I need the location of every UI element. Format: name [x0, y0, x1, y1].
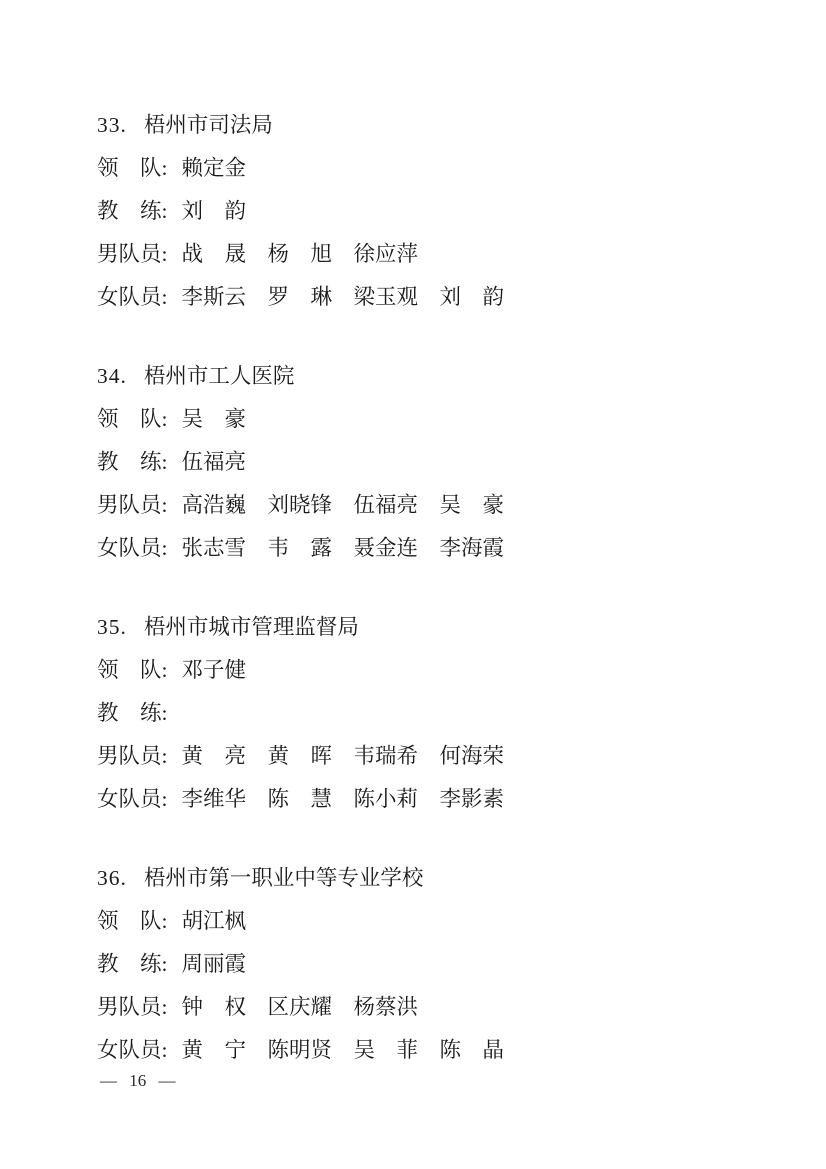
document-page: 33.梧州市司法局 领 队:赖定金 教 练:刘 韵 男队员:战 晟 杨 旭 徐应… [0, 0, 826, 1169]
coach-row: 教 练: [97, 692, 786, 735]
coach-name: 周丽霞 [181, 952, 246, 976]
female-members-row: 女队员:张志雪 韦 露 聂金连 李海霞 [97, 527, 786, 570]
leader-row: 领 队:胡江枫 [97, 900, 786, 943]
female-members-names: 黄 宁 陈明贤 吴 菲 陈 晶 [181, 1038, 504, 1062]
leader-name: 胡江枫 [181, 909, 246, 933]
leader-row: 领 队:邓子健 [97, 649, 786, 692]
document-content: 33.梧州市司法局 领 队:赖定金 教 练:刘 韵 男队员:战 晟 杨 旭 徐应… [97, 104, 786, 1108]
section-number: 33. [97, 104, 127, 147]
coach-label: 教 练: [97, 450, 167, 474]
section-heading: 33.梧州市司法局 [97, 104, 786, 147]
female-members-names: 李斯云 罗 琳 梁玉观 刘 韵 [181, 285, 504, 309]
section-heading: 35.梧州市城市管理监督局 [97, 606, 786, 649]
coach-row: 教 练:伍福亮 [97, 441, 786, 484]
male-members-names: 高浩巍 刘晓锋 伍福亮 吴 豪 [181, 493, 504, 517]
team-section: 34.梧州市工人医院 领 队:吴 豪 教 练:伍福亮 男队员:高浩巍 刘晓锋 伍… [97, 355, 786, 570]
section-heading: 34.梧州市工人医院 [97, 355, 786, 398]
male-members-label: 男队员: [97, 995, 167, 1019]
male-members-names: 战 晟 杨 旭 徐应萍 [181, 242, 418, 266]
coach-name: 伍福亮 [181, 450, 246, 474]
male-members-names: 钟 权 区庆耀 杨蔡洪 [181, 995, 418, 1019]
female-members-names: 李维华 陈 慧 陈小莉 李影素 [181, 787, 504, 811]
coach-row: 教 练:周丽霞 [97, 943, 786, 986]
leader-label: 领 队: [97, 909, 167, 933]
leader-row: 领 队:吴 豪 [97, 398, 786, 441]
leader-name: 邓子健 [181, 658, 246, 682]
section-title-text: 梧州市第一职业中等专业学校 [144, 866, 424, 890]
leader-name: 吴 豪 [181, 407, 246, 431]
coach-row: 教 练:刘 韵 [97, 190, 786, 233]
section-title-text: 梧州市城市管理监督局 [144, 615, 359, 639]
leader-name: 赖定金 [181, 156, 246, 180]
section-number: 36. [97, 857, 127, 900]
page-number: — 16 — [100, 1071, 176, 1090]
male-members-label: 男队员: [97, 242, 167, 266]
coach-label: 教 练: [97, 952, 167, 976]
coach-name: 刘 韵 [181, 199, 246, 223]
male-members-label: 男队员: [97, 493, 167, 517]
section-title-text: 梧州市司法局 [144, 113, 273, 137]
female-members-label: 女队员: [97, 285, 167, 309]
female-members-label: 女队员: [97, 536, 167, 560]
female-members-row: 女队员:李斯云 罗 琳 梁玉观 刘 韵 [97, 276, 786, 319]
section-number: 34. [97, 355, 127, 398]
male-members-row: 男队员:战 晟 杨 旭 徐应萍 [97, 233, 786, 276]
coach-label: 教 练: [97, 199, 167, 223]
female-members-label: 女队员: [97, 787, 167, 811]
female-members-label: 女队员: [97, 1038, 167, 1062]
female-members-row: 女队员:李维华 陈 慧 陈小莉 李影素 [97, 778, 786, 821]
section-heading: 36.梧州市第一职业中等专业学校 [97, 857, 786, 900]
leader-label: 领 队: [97, 156, 167, 180]
male-members-label: 男队员: [97, 744, 167, 768]
section-number: 35. [97, 606, 127, 649]
female-members-names: 张志雪 韦 露 聂金连 李海霞 [181, 536, 504, 560]
male-members-row: 男队员:高浩巍 刘晓锋 伍福亮 吴 豪 [97, 484, 786, 527]
leader-label: 领 队: [97, 407, 167, 431]
leader-row: 领 队:赖定金 [97, 147, 786, 190]
female-members-row: 女队员:黄 宁 陈明贤 吴 菲 陈 晶 [97, 1029, 786, 1072]
team-section: 36.梧州市第一职业中等专业学校 领 队:胡江枫 教 练:周丽霞 男队员:钟 权… [97, 857, 786, 1072]
male-members-names: 黄 亮 黄 晖 韦瑞希 何海荣 [181, 744, 504, 768]
page-footer: — 16 — [100, 1070, 176, 1092]
leader-label: 领 队: [97, 658, 167, 682]
section-title-text: 梧州市工人医院 [144, 364, 295, 388]
male-members-row: 男队员:钟 权 区庆耀 杨蔡洪 [97, 986, 786, 1029]
sections-container: 33.梧州市司法局 领 队:赖定金 教 练:刘 韵 男队员:战 晟 杨 旭 徐应… [97, 104, 786, 1072]
team-section: 33.梧州市司法局 领 队:赖定金 教 练:刘 韵 男队员:战 晟 杨 旭 徐应… [97, 104, 786, 319]
team-section: 35.梧州市城市管理监督局 领 队:邓子健 教 练: 男队员:黄 亮 黄 晖 韦… [97, 606, 786, 821]
male-members-row: 男队员:黄 亮 黄 晖 韦瑞希 何海荣 [97, 735, 786, 778]
coach-label: 教 练: [97, 701, 167, 725]
